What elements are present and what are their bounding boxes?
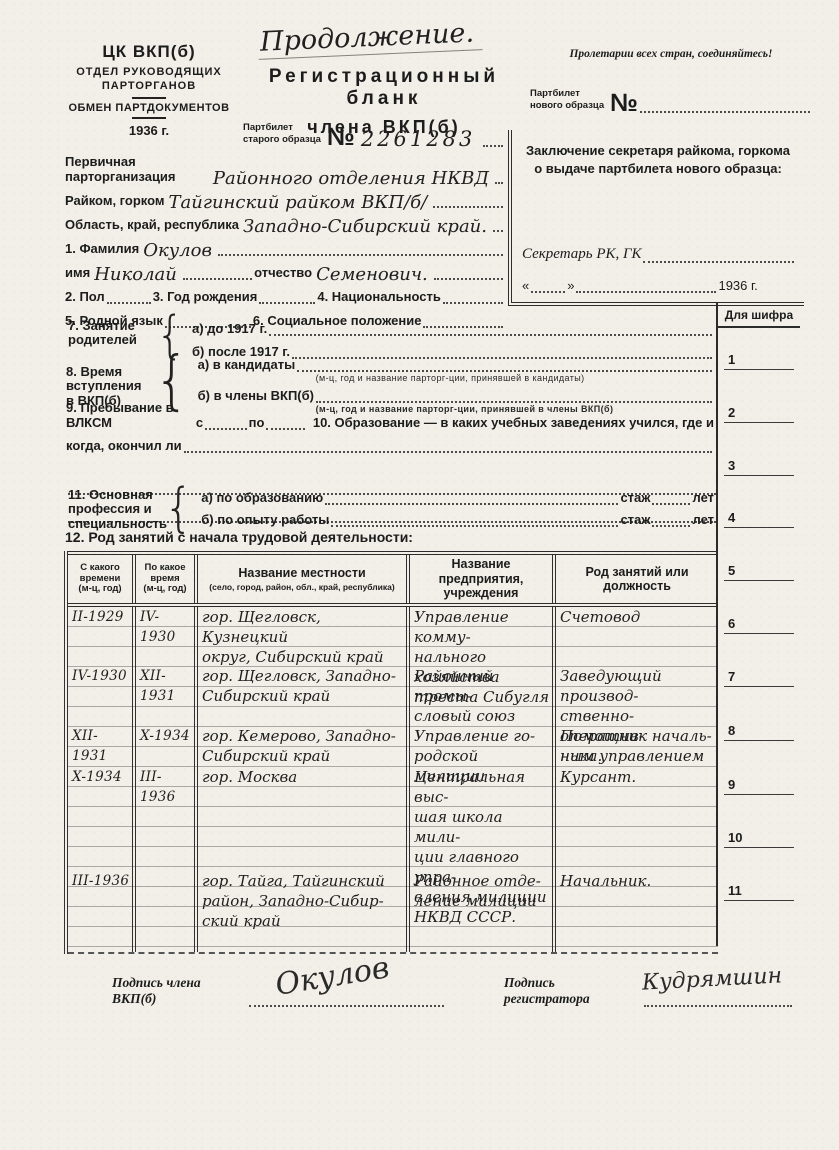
- conclusion-heading: Заключение секретаря райкома, горкома о …: [512, 142, 804, 177]
- section-11a-line: а) по образованию стаж лет: [201, 484, 714, 505]
- dotted-line: [495, 166, 503, 184]
- dotted-line: [640, 95, 810, 113]
- signatures-row: Подпись члена ВКП(б) Окулов Подпись реги…: [60, 975, 790, 1007]
- member-signature-label: Подпись члена ВКП(б): [112, 975, 247, 1007]
- field-name-patronymic: имя Николай отчество Семенович.: [65, 256, 505, 280]
- letterhead-org: ЦК ВКП(б): [58, 42, 240, 62]
- new-ticket-row: Партбилет нового образца №: [530, 88, 812, 113]
- dotted-line: [218, 238, 503, 256]
- dotted-line: [433, 190, 503, 208]
- member-signature-area: Окулов: [247, 989, 442, 1007]
- cipher-column: Для шифра 1 2 3 4 5 6 7 8 9 10 11: [716, 302, 814, 946]
- patronymic-value: Семенович.: [312, 268, 432, 282]
- col-role: Счетовод Заведующий производ- ственно-оп…: [552, 607, 718, 952]
- raikom-value: Тайгинский райком ВКП/б/: [165, 196, 432, 210]
- new-ticket-label: Партбилет нового образца: [530, 88, 604, 113]
- dotted-line: [493, 214, 503, 232]
- table-cell: Начальник.: [560, 871, 717, 891]
- section-9-line2: когда, окончил ли: [66, 430, 714, 453]
- form-title-line1: Регистрационный бланк: [236, 66, 532, 110]
- dotted-line: [331, 509, 618, 527]
- table-cell: II-1929: [72, 607, 131, 627]
- conclusion-box: Заключение секретаря райкома, горкома о …: [508, 130, 804, 306]
- old-ticket-row: Партбилет старого образца № 2261283: [243, 122, 505, 147]
- dotted-line: [205, 412, 247, 430]
- col-header-place: Название местности (село, город, район, …: [194, 555, 406, 603]
- dotted-line: [269, 318, 712, 336]
- letterhead-year: 1936 г.: [58, 123, 240, 138]
- table-cell: гор. Щегловск, Кузнецкий округ, Сибирски…: [202, 607, 405, 667]
- section-11-profession: 11. Основная профессия и специальность {…: [68, 484, 714, 531]
- dotted-line: [443, 286, 503, 304]
- old-ticket-number: 2261283: [355, 131, 482, 147]
- divider: [132, 97, 166, 99]
- dotted-line: [652, 487, 690, 505]
- dotted-line: [652, 509, 690, 527]
- table-cell: III-1936: [140, 767, 193, 807]
- table-cell: IV-1930: [72, 666, 131, 686]
- col-header-from: С какого времени (м-ц, год): [68, 555, 132, 603]
- letterhead-dept: ОТДЕЛ РУКОВОДЯЩИХ ПАРТОРГАНОВ: [58, 66, 240, 94]
- col-header-role: Род занятий или должность: [552, 555, 718, 603]
- col-org: Управление комму- нального хозяйства тре…: [406, 607, 552, 952]
- letterhead: ЦК ВКП(б) ОТДЕЛ РУКОВОДЯЩИХ ПАРТОРГАНОВ …: [58, 42, 240, 138]
- col-place: гор. Щегловск, Кузнецкий округ, Сибирски…: [194, 607, 406, 952]
- table-cell: XII-1931: [72, 726, 131, 766]
- section-8a-note: (м-ц, год и название парторг-ции, приняв…: [316, 373, 714, 383]
- cipher-slot: 10: [724, 830, 794, 848]
- col-header-to: По какое время (м-ц, год): [132, 555, 194, 603]
- table-cell: X-1934: [140, 726, 193, 746]
- cipher-slot: 8: [724, 723, 794, 741]
- cipher-slot: 7: [724, 669, 794, 687]
- firstname-value: Николай: [90, 268, 181, 282]
- dotted-line: [531, 278, 565, 293]
- section-7a-line: а) до 1917 г.: [192, 314, 714, 336]
- cipher-slot: 5: [724, 563, 794, 581]
- registration-form-scan: ЦК ВКП(б) ОТДЕЛ РУКОВОДЯЩИХ ПАРТОРГАНОВ …: [0, 0, 839, 1150]
- letterhead-exchange: ОБМЕН ПАРТДОКУМЕНТОВ: [58, 102, 240, 114]
- section-11-label: 11. Основная профессия и специальность: [68, 484, 164, 531]
- table-cell: Помощник началь- ника.: [560, 726, 717, 766]
- dotted-line: [643, 246, 794, 263]
- section-8b-line: б) в члены ВКП(б): [198, 387, 714, 403]
- region-value: Западно-Сибирский край.: [239, 220, 491, 234]
- divider: [132, 117, 166, 119]
- dotted-line: [259, 286, 315, 304]
- section-7-label: 7. Занятие родителей: [68, 314, 156, 359]
- dotted-line: [325, 487, 618, 505]
- section-9-line1: 9. Пребывание в ВЛКСМ с по 10. Образован…: [66, 412, 714, 430]
- dotted-line: [483, 129, 503, 147]
- table-cell: гор. Тайга, Тайгинский район, Западно-Си…: [202, 871, 405, 931]
- table-cell: гор. Москва: [202, 767, 405, 787]
- cipher-slot: 4: [724, 510, 794, 528]
- slogan: Пролетарии всех стран, соединяйтесь!: [562, 48, 780, 60]
- table-cell: IV-1930: [140, 607, 193, 647]
- section-12-heading: 12. Род занятий с начала трудовой деятел…: [65, 529, 413, 545]
- date-line: « » 1936 г.: [522, 278, 796, 293]
- registrar-signature-label: Подпись регистратора: [504, 975, 642, 1007]
- dotted-line: [297, 354, 712, 372]
- cipher-slot: 2: [724, 405, 794, 423]
- section-11b-line: б) по опыту работы стаж лет: [201, 505, 714, 527]
- dotted-line: [184, 435, 712, 453]
- brace: {: [164, 480, 193, 534]
- table-header-row: С какого времени (м-ц, год) По какое вре…: [68, 551, 718, 607]
- dotted-line: [434, 262, 503, 280]
- table-cell: X-1934: [72, 767, 131, 787]
- old-ticket-label: Партбилет старого образца: [243, 122, 321, 147]
- cipher-slot: 3: [724, 458, 794, 476]
- secretary-line: Секретарь РК, ГК: [522, 246, 796, 263]
- surname-value: Окулов: [139, 244, 216, 258]
- cipher-slot: 11: [724, 883, 794, 901]
- primary-org-value: Районного отделения НКВД: [209, 172, 493, 186]
- dotted-line: [107, 286, 151, 304]
- cipher-slot: 1: [724, 352, 794, 370]
- dotted-line: [183, 262, 252, 280]
- col-from: II-1929 IV-1930 XII-1931 X-1934 III-1936: [68, 607, 132, 952]
- col-header-org: Название предприятия, учреждения: [406, 555, 552, 603]
- registrar-signature-area: Кудрямшин: [642, 989, 790, 1007]
- table-cell: Счетовод: [560, 607, 717, 627]
- section-8a-line: а) в кандидаты: [198, 356, 714, 372]
- dotted-line: [266, 412, 304, 430]
- handwritten-continuation: Продолжение.: [257, 17, 482, 60]
- numero-sign: №: [610, 93, 638, 113]
- table-cell: Районный промы- словый союз: [414, 666, 551, 726]
- col-to: IV-1930 XII-1931 X-1934 III-1936: [132, 607, 194, 952]
- field-primary-org: Первичная парторганизация Районного отде…: [65, 160, 505, 184]
- table-cell: III-1936: [72, 871, 131, 891]
- table-cell: гор. Щегловск, Западно- Сибирский край: [202, 666, 405, 706]
- work-history-table: С какого времени (м-ц, год) По какое вре…: [64, 551, 718, 954]
- identity-fields: Первичная парторганизация Районного отде…: [65, 160, 505, 328]
- cipher-slot: 6: [724, 616, 794, 634]
- table-cell: Курсант.: [560, 767, 717, 787]
- dotted-line: [576, 278, 716, 293]
- table-cell: Районное отде- ление милиции: [414, 871, 551, 911]
- cipher-slot: 9: [724, 777, 794, 795]
- numero-sign: №: [327, 127, 355, 147]
- table-cell: XII-1931: [140, 666, 193, 706]
- cipher-header: Для шифра: [718, 302, 800, 328]
- table-cell: гор. Кемерово, Западно- Сибирский край: [202, 726, 405, 766]
- table-body: II-1929 IV-1930 XII-1931 X-1934 III-1936…: [68, 607, 718, 954]
- dotted-line: [316, 385, 712, 403]
